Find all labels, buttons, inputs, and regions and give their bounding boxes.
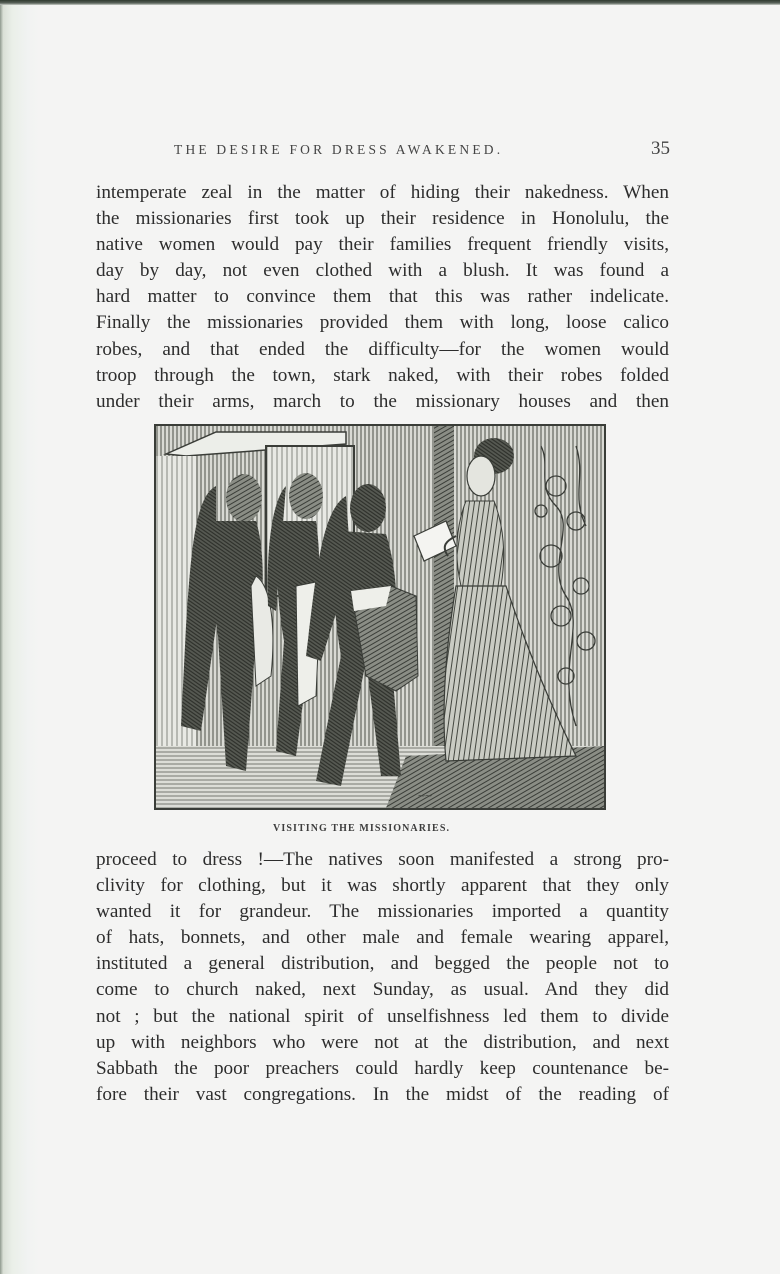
text-line: wanted it for grandeur. The missionaries… <box>96 899 669 925</box>
text-line: up with neighbors who were not at the di… <box>96 1030 669 1056</box>
text-line: fore their vast congregations. In the mi… <box>96 1082 669 1108</box>
text-line: native women would pay their families fr… <box>96 232 669 258</box>
running-head: THE DESIRE FOR DRESS AWAKENED. 35 <box>96 138 671 162</box>
text-line: troop through the town, stark naked, wit… <box>96 363 669 389</box>
text-line: robes, and that ended the difficulty—for… <box>96 337 669 363</box>
page-number: 35 <box>651 138 670 160</box>
figure-caption: VISITING THE MISSIONARIES. <box>273 823 450 834</box>
engraving-illustration: ⁓⁓ <box>154 424 606 810</box>
book-gutter-shadow <box>0 5 40 1274</box>
text-line: hard matter to convince them that this w… <box>96 284 669 310</box>
text-line: instituted a general distribution, and b… <box>96 951 669 977</box>
text-line: not ; but the national spirit of unselfi… <box>96 1004 669 1030</box>
text-line: under their arms, march to the missionar… <box>96 389 669 415</box>
scan-top-edge <box>0 0 780 5</box>
text-line: come to church naked, next Sunday, as us… <box>96 977 669 1003</box>
text-line: Finally the missionaries provided them w… <box>96 310 669 336</box>
running-head-title: THE DESIRE FOR DRESS AWAKENED. <box>174 142 503 158</box>
text-line: the missionaries first took up their res… <box>96 206 669 232</box>
text-line: Sabbath the poor preachers could hardly … <box>96 1056 669 1082</box>
text-line: intemperate zeal in the matter of hiding… <box>96 180 669 206</box>
text-line: proceed to dress !—The natives soon mani… <box>96 847 669 873</box>
paragraph-after-figure: proceed to dress !—The natives soon mani… <box>96 847 669 1108</box>
paragraph-before-figure: intemperate zeal in the matter of hiding… <box>96 180 669 415</box>
text-line: day by day, not even clothed with a blus… <box>96 258 669 284</box>
svg-text:⁓⁓: ⁓⁓ <box>418 792 432 800</box>
text-line: of hats, bonnets, and other male and fem… <box>96 925 669 951</box>
text-line: clivity for clothing, but it was shortly… <box>96 873 669 899</box>
